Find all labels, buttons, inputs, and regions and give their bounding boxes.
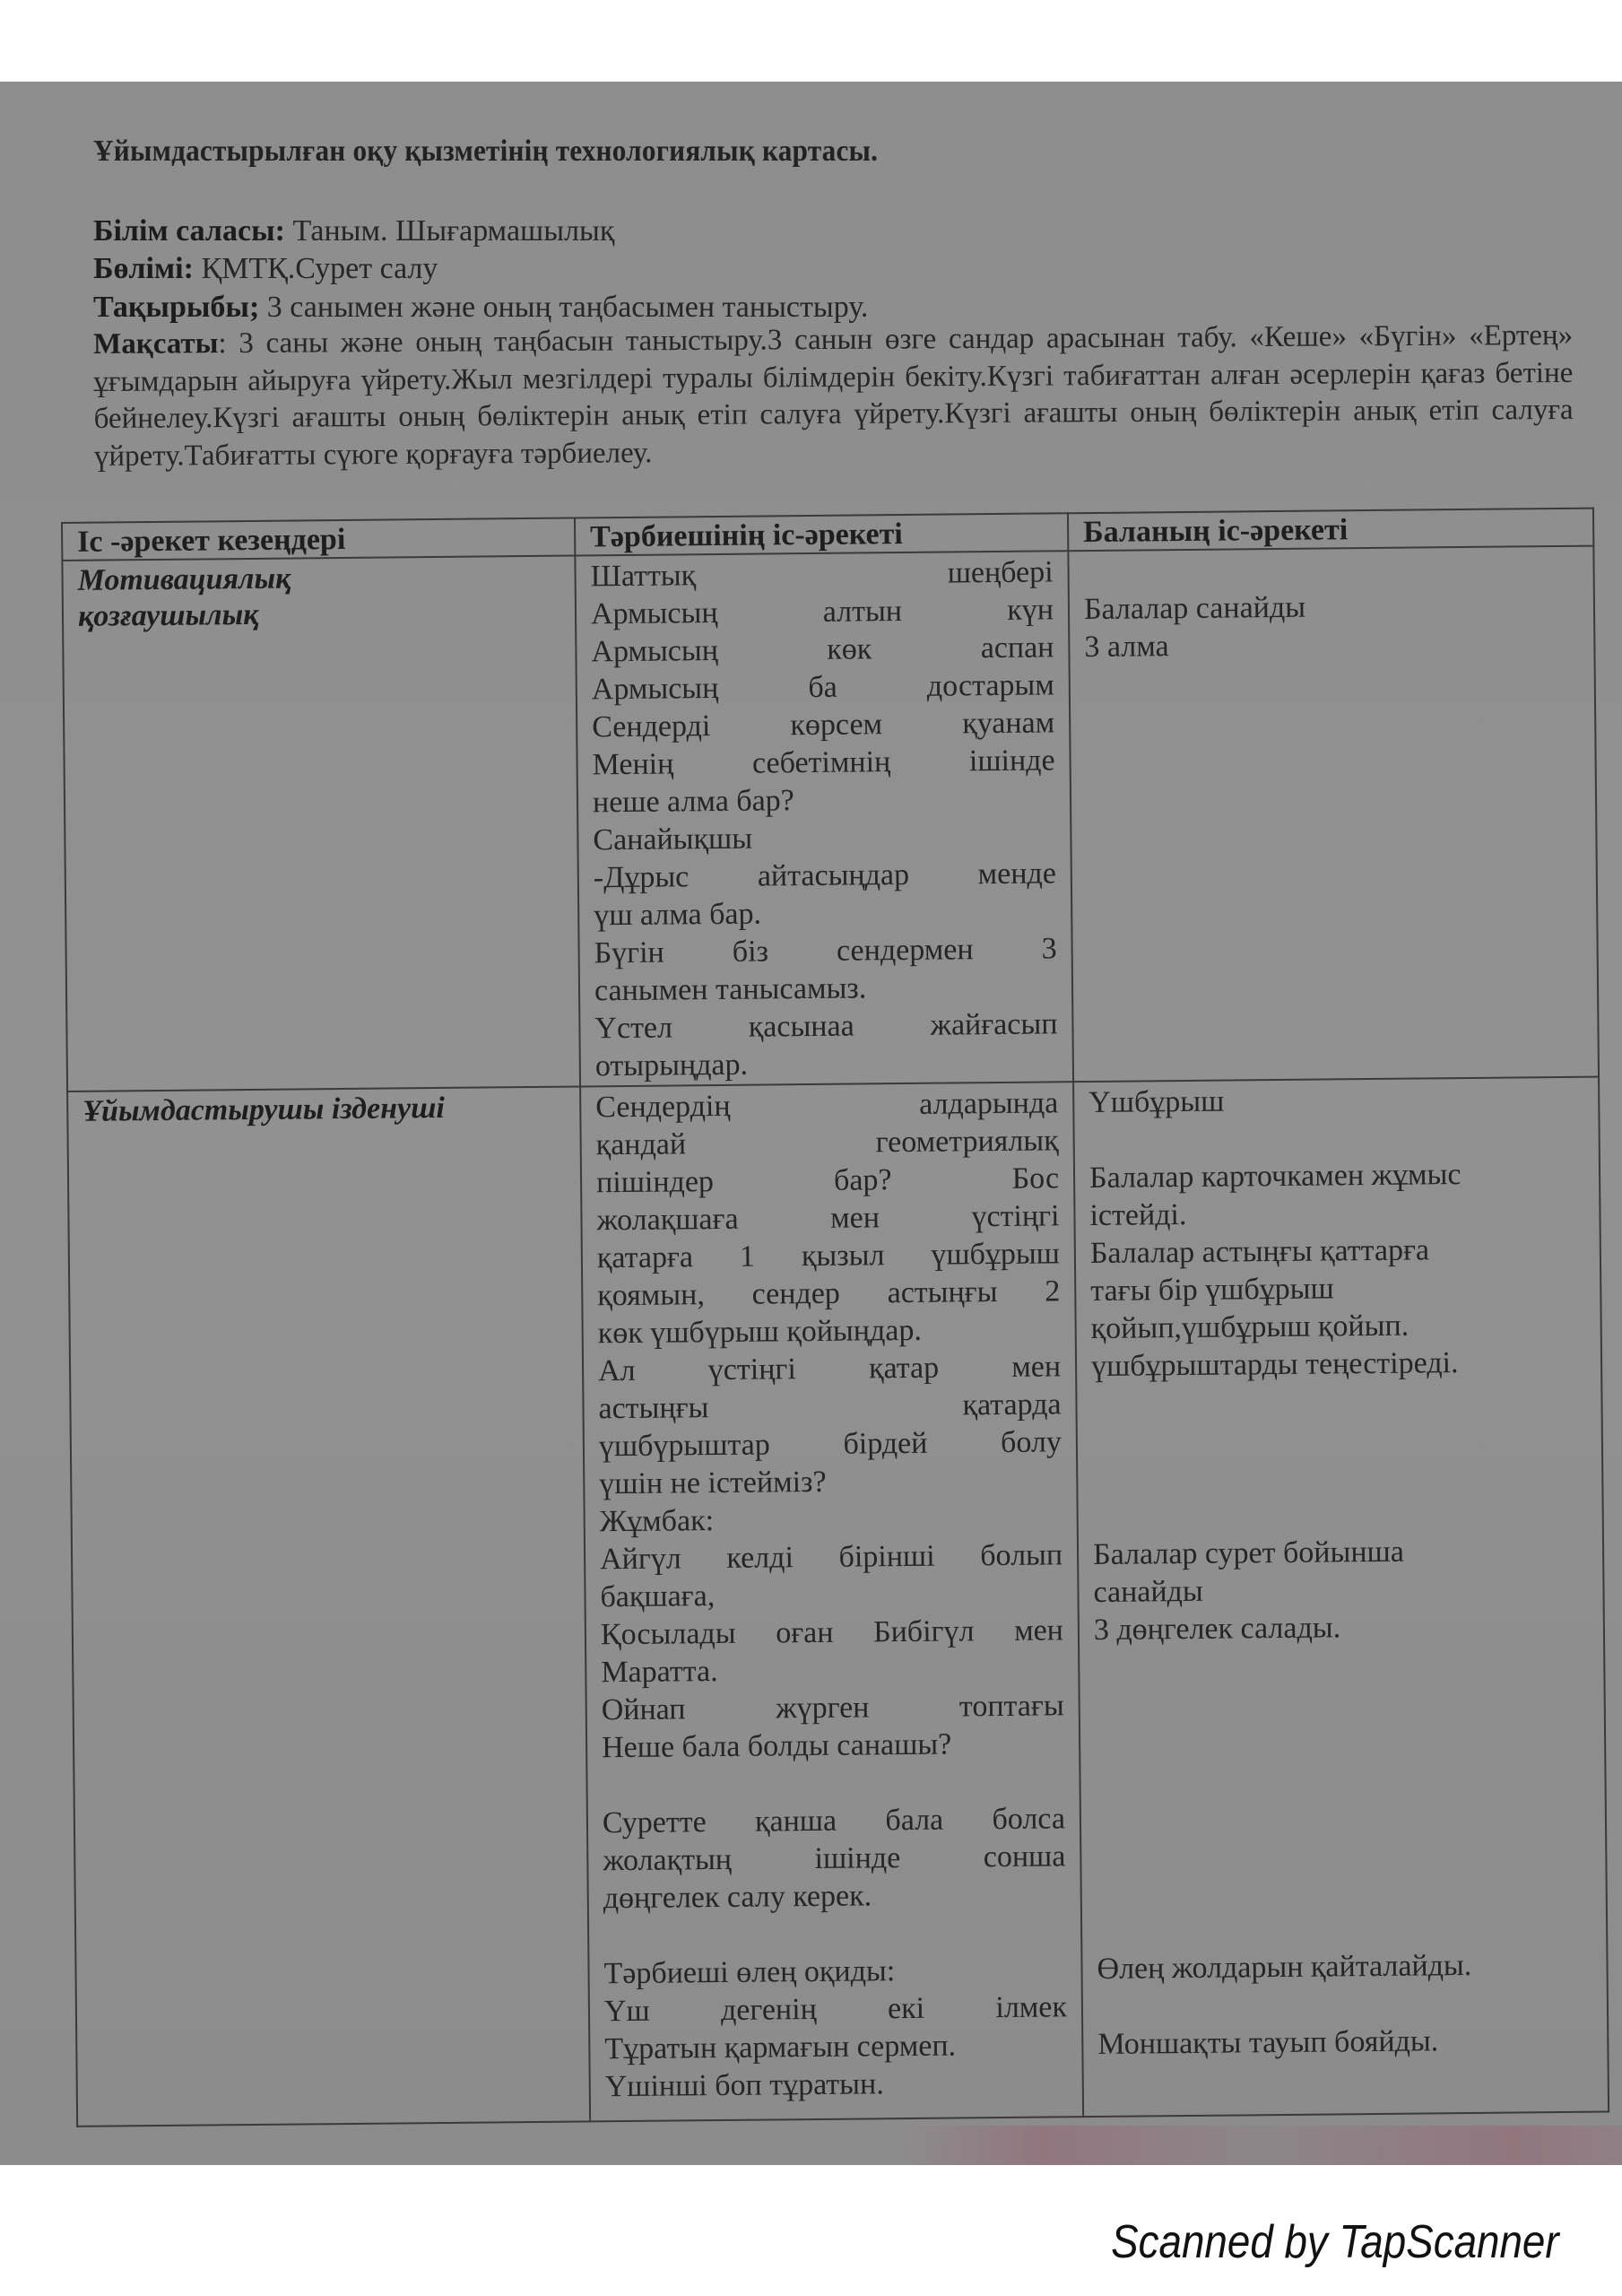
text-line: көк үшбүрыш қойыңдар. — [598, 1310, 1061, 1352]
text-line: Тұратын қармағын сермеп. — [604, 2026, 1067, 2068]
text-line: Балалар карточкамен жұмыс — [1089, 1155, 1584, 1197]
meta-label: Білім саласы: — [93, 214, 285, 248]
text-line: Ойнап жүрген топтағы — [602, 1687, 1064, 1729]
text-line: санайды — [1093, 1570, 1588, 1612]
meta-value: 3 санымен және оның таңбасымен таныстыру… — [259, 291, 868, 324]
text-line: үшбұрыштарды теңестіреді. — [1091, 1344, 1586, 1386]
text-line: Үшбұрыш — [1089, 1080, 1583, 1122]
meta-value: ҚМТҚ.Сурет салу — [194, 252, 438, 285]
text-line: Тәрбиеші өлең оқиды: — [603, 1951, 1066, 1993]
line-gap — [1091, 1381, 1586, 1423]
text-line: Маратта. — [601, 1649, 1063, 1692]
text-line: Армысың ба достарым — [592, 666, 1054, 709]
meta-label: Бөлімі: — [93, 252, 194, 285]
text-line: пішіндер бар? Бос — [596, 1160, 1059, 1202]
text-line: Балалар сурет бойынша — [1093, 1532, 1588, 1574]
activity-table-wrapper: Іс -әрекет кезеңдері Тәрбиешінің іс-әрек… — [61, 508, 1608, 2127]
stage-name: Мотивациялық — [77, 559, 559, 599]
goal-label: Мақсаты — [93, 327, 219, 361]
teacher-cell: Сендердің алдарындақандай геометриялықпі… — [580, 1082, 1083, 2121]
text-line: Өлең жолдарын қайталайды. — [1097, 1946, 1592, 1988]
text-line: Сендердің алдарында — [595, 1084, 1058, 1126]
text-line: 3 дөңгелек салады. — [1094, 1607, 1589, 1649]
meta-topic: Тақырыбы; 3 санымен және оның таңбасымен… — [93, 290, 868, 326]
text-line: Сендерді көрсем қуанам — [592, 704, 1054, 746]
stage-name: Ұйымдастырушы ізденуші — [82, 1090, 565, 1130]
text-line: Бүгін біз сендермен 3 — [594, 930, 1056, 972]
text-line: Моншақты тауып бояйды. — [1097, 2022, 1592, 2064]
line-gap — [1093, 1494, 1588, 1536]
text-line: қоямын, сендер астыңғы 2 — [597, 1273, 1060, 1315]
line-gap — [602, 1762, 1064, 1805]
line-gap — [1096, 1833, 1591, 1875]
table-row: Мотивациялыққозғаушылық Шаттық шеңберіАр… — [62, 546, 1599, 1091]
text-line: Үшінші боп тұратын. — [605, 2064, 1068, 2106]
text-line: дөңгелек салу керек. — [603, 1875, 1066, 1918]
text-line: Қосылады оған Бибігүл мен — [601, 1612, 1063, 1654]
text-line: бақшаға, — [600, 1574, 1063, 1616]
text-line: Үш дегенің екі ілмек — [604, 1988, 1067, 2031]
goal-paragraph: Мақсаты: 3 саны және оның таңбасын таныс… — [93, 317, 1574, 475]
text-line: Шаттық шеңбері — [590, 553, 1053, 596]
meta-section: Бөлімі: ҚМТҚ.Сурет салу — [93, 251, 438, 287]
text-line: астыңғы қатарда — [598, 1386, 1061, 1428]
text-line: Санайықшы — [593, 817, 1055, 859]
meta-label: Тақырыбы; — [93, 291, 259, 324]
header-teacher-activity: Тәрбиешінің іс-әрекеті — [575, 513, 1068, 555]
text-line: үш алма бар. — [594, 892, 1056, 935]
scan-artifact — [897, 2126, 1622, 2165]
line-gap — [1097, 1909, 1592, 1951]
line-gap — [1095, 1720, 1590, 1762]
stage-cell: Мотивациялыққозғаушылық — [62, 555, 580, 1091]
text-line: 3 алма — [1084, 624, 1579, 666]
text-line: неше алма бар? — [593, 779, 1055, 822]
text-line: қойып,үшбұрыш қойып. — [1090, 1306, 1585, 1348]
goal-text: : 3 саны және оның таңбасын таныстыру.3 … — [93, 319, 1573, 473]
text-line: тағы бір үшбұрыш — [1090, 1268, 1585, 1310]
teacher-cell: Шаттық шеңберіАрмысың алтын күнАрмысың к… — [575, 551, 1073, 1086]
text-line: Армысың көк аспан — [591, 629, 1054, 671]
text-line: Балалар санайды — [1084, 587, 1579, 629]
line-gap — [1092, 1457, 1587, 1499]
meta-value: Таным. Шығармашылық — [285, 214, 614, 248]
text-line: үшін не істейміз? — [599, 1461, 1062, 1503]
text-line: -Дұрыс айтасыңдар менде — [594, 855, 1056, 897]
text-line: санымен танысамыз. — [594, 968, 1057, 1010]
text-line: Армысың алтын күн — [591, 591, 1054, 633]
activity-table: Іс -әрекет кезеңдері Тәрбиешінің іс-әрек… — [61, 508, 1609, 2127]
line-gap — [1097, 1984, 1592, 2026]
line-gap — [1092, 1419, 1587, 1461]
header-stages: Іс -әрекет кезеңдері — [62, 517, 575, 560]
line-gap — [1096, 1796, 1591, 1838]
scanner-watermark: Scanned by TapScanner — [1112, 2215, 1559, 2269]
table-row: Ұйымдастырушы ізденуші Сендердің алдарын… — [67, 1077, 1609, 2126]
line-gap — [603, 1913, 1066, 1955]
line-gap — [1083, 549, 1578, 591]
text-line: отырыңдар. — [595, 1043, 1058, 1085]
text-line: Үстел қасынаа жайғасып — [594, 1005, 1057, 1048]
text-line: істейді. — [1089, 1193, 1584, 1235]
line-gap — [1095, 1683, 1590, 1725]
text-line: Жұмбак: — [600, 1499, 1063, 1541]
child-cell: ҮшбұрышБалалар карточкамен жұмысістейді.… — [1073, 1077, 1609, 2118]
text-line: Суретте қанша бала болса — [603, 1800, 1065, 1842]
text-line: үшбүрыштар бірдей болу — [599, 1423, 1062, 1465]
text-line: Балалар астыңғы қаттарға — [1090, 1231, 1585, 1273]
text-line: Айгүл келді бірінші болып — [600, 1536, 1063, 1578]
child-cell: Балалар санайды3 алма — [1068, 546, 1599, 1083]
line-gap — [1097, 1871, 1592, 1913]
meta-education-area: Білім саласы: Таным. Шығармашылық — [93, 213, 614, 249]
text-line: жолақтың ішінде сонша — [603, 1838, 1065, 1880]
document-title: Ұйымдастырылған оқу қызметінің технологи… — [93, 135, 878, 169]
line-gap — [1095, 1758, 1590, 1800]
text-line: қатарға 1 қызыл үшбұрыш — [597, 1235, 1060, 1277]
text-line: Ал үстіңгі қатар мен — [598, 1348, 1061, 1390]
text-line: Менің себетімнің ішінде — [592, 742, 1054, 784]
text-line: жолақшаға мен үстіңгі — [596, 1197, 1059, 1239]
header-child-activity: Баланың іс-әрекеті — [1068, 509, 1593, 552]
stage-name: қозғаушылық — [78, 595, 560, 635]
line-gap — [1089, 1118, 1583, 1160]
text-line: Неше бала болды санашы? — [602, 1725, 1064, 1767]
line-gap — [1094, 1645, 1589, 1687]
text-line: қандай геометриялық — [596, 1122, 1059, 1164]
stage-cell: Ұйымдастырушы ізденуші — [67, 1086, 590, 2126]
